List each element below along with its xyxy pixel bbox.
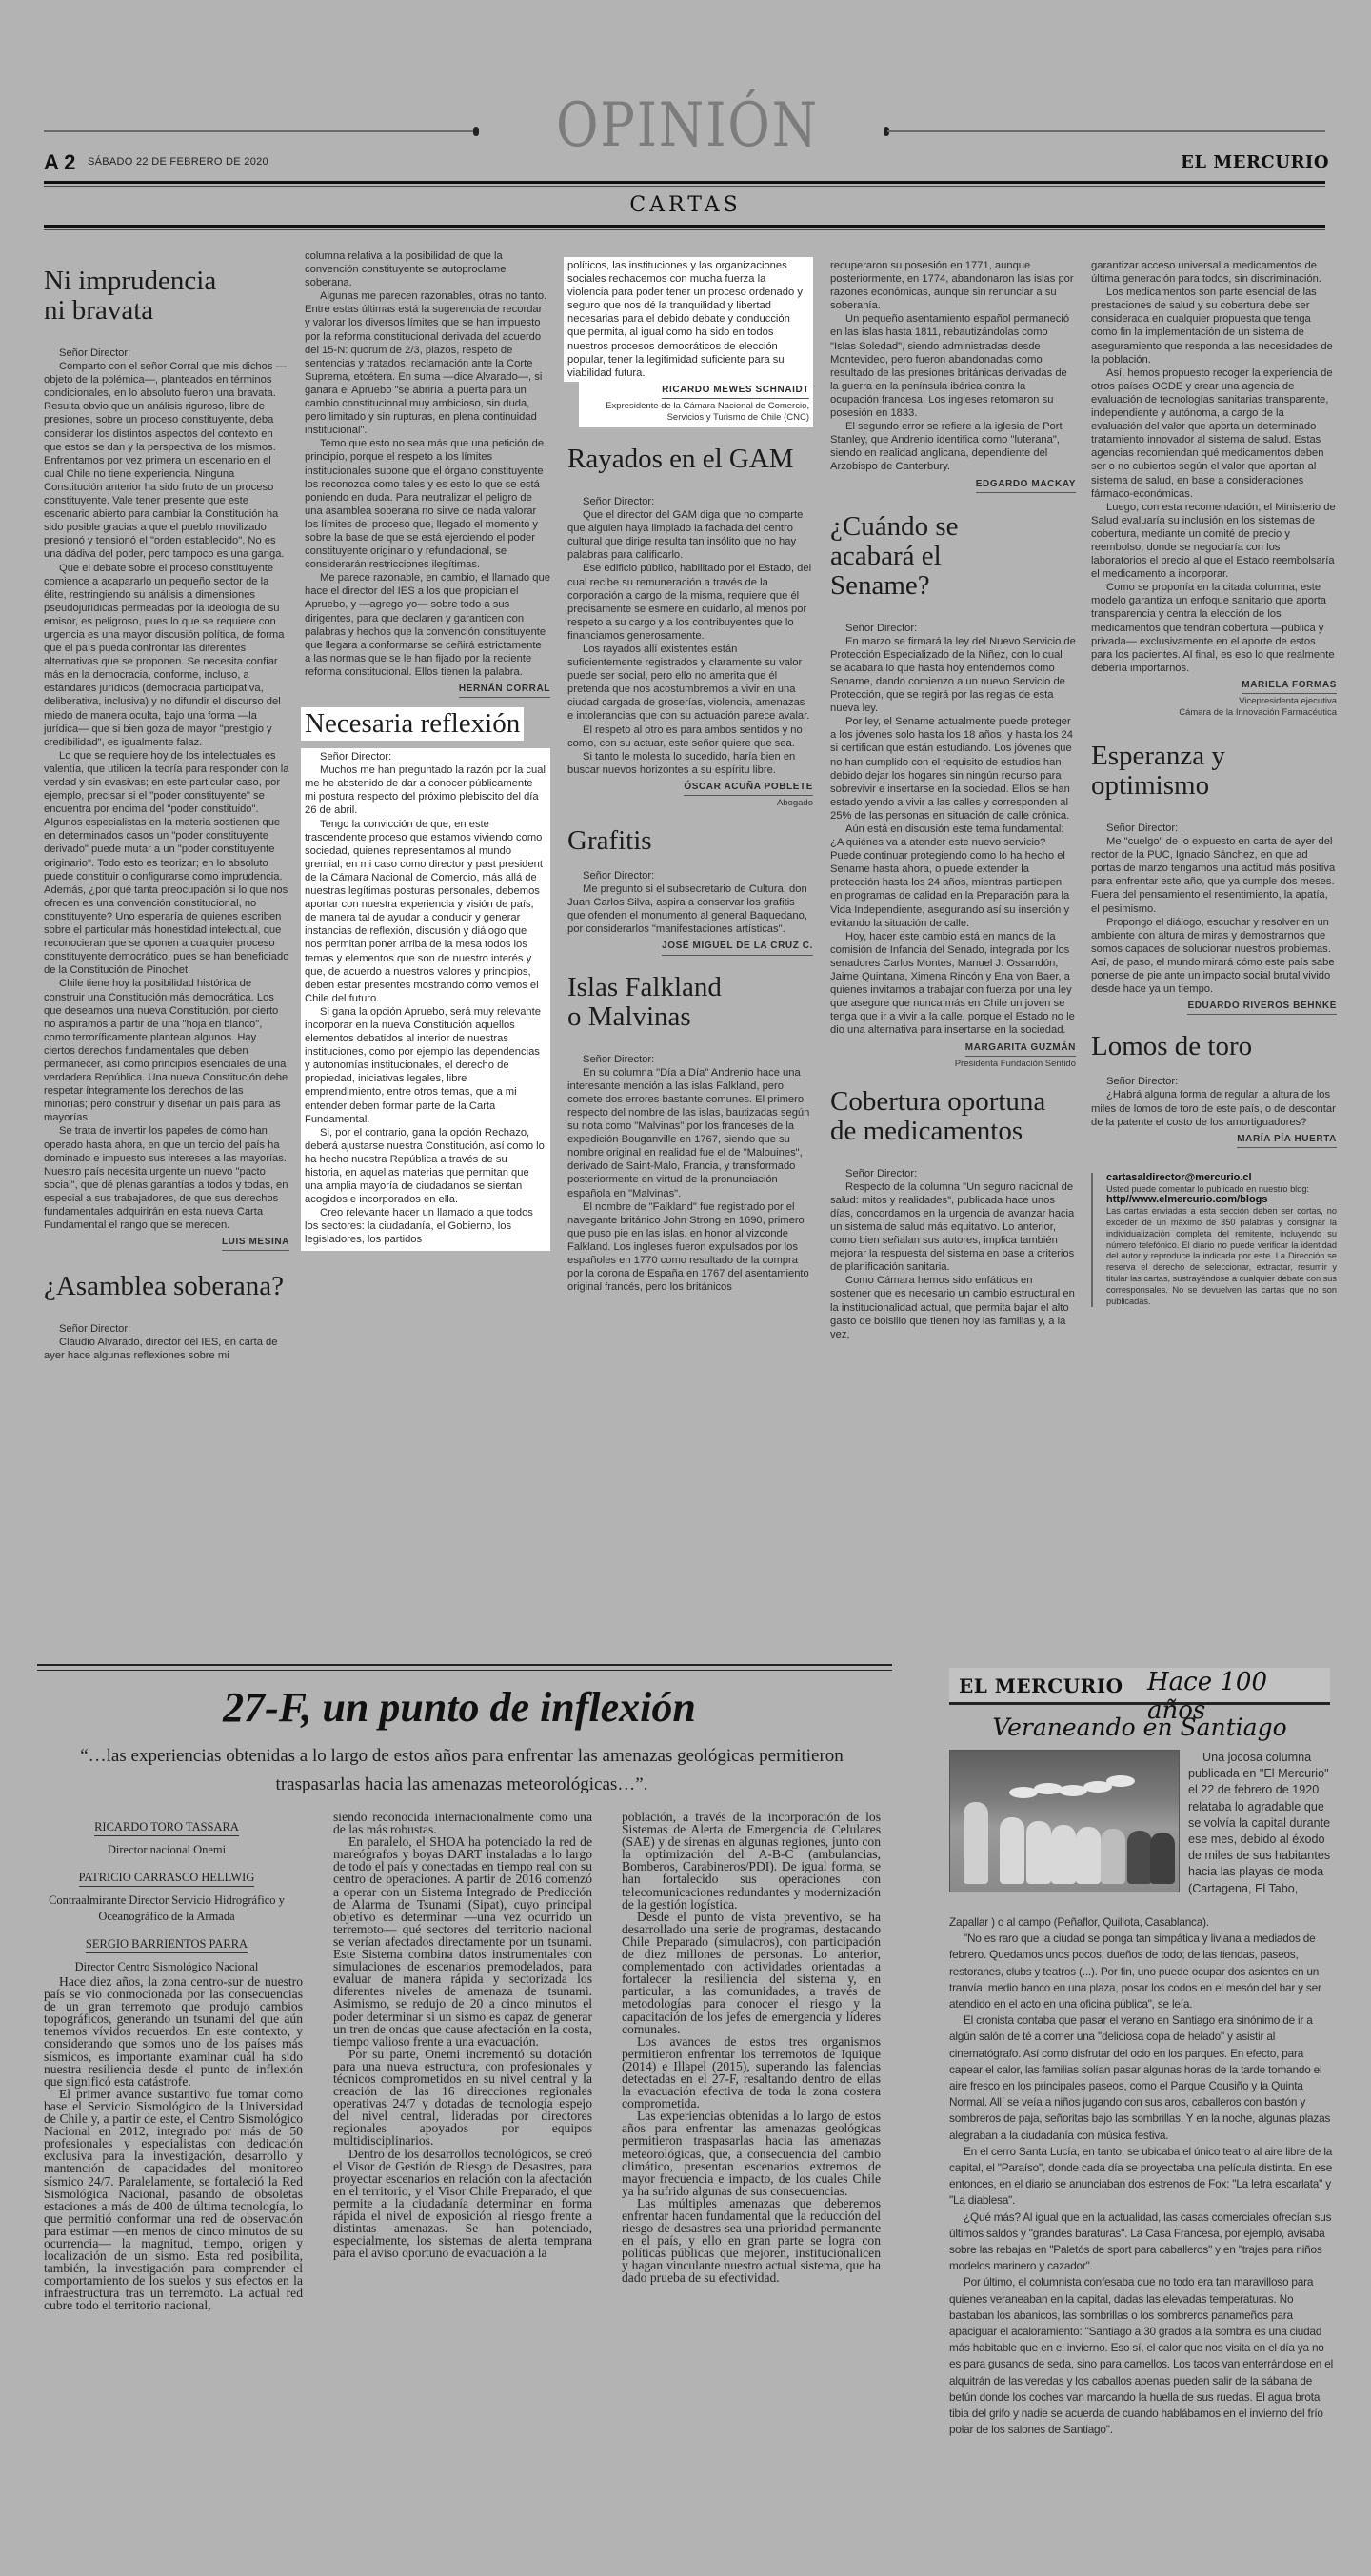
- paragraph: Temo que esto no sea más que una petició…: [305, 437, 550, 571]
- letter-title: ¿Asamblea soberana?: [44, 1272, 289, 1301]
- submission-rules: Las cartas enviadas a esta sección deben…: [1106, 1206, 1337, 1307]
- paragraph: columna relativa a la posibilidad de que…: [305, 249, 550, 289]
- paragraph: Chile tiene hoy la posibilidad histórica…: [44, 977, 289, 1124]
- cartas-divider-thin: [44, 229, 1325, 230]
- paragraph: El segundo error se refiere a la iglesia…: [830, 420, 1076, 473]
- signature: LUIS MESINA: [44, 1236, 289, 1251]
- paragraph: recuperaron su posesión en 1771, aunque …: [830, 259, 1076, 312]
- letter-asamblea-soberana: ¿Asamblea soberana? Señor Director: Clau…: [44, 1272, 289, 1362]
- blog-link[interactable]: http//www.elmercurio.com/blogs: [1106, 1195, 1337, 1206]
- cartas-divider: [44, 225, 1325, 228]
- paragraph: Claudio Alvarado, director del IES, en c…: [44, 1336, 289, 1362]
- author: SERGIO BARRIENTOS PARRA Director Centro …: [38, 1929, 295, 1975]
- paragraph: Creo relevante hacer un llamado a que to…: [305, 1206, 546, 1246]
- paragraph: Dentro de los desarrollos tecnológicos, …: [333, 2148, 592, 2260]
- signature: JOSÉ MIGUEL DE LA CRUZ C.: [567, 940, 813, 955]
- author-name: RICARDO TORO TASSARA: [94, 1819, 239, 1836]
- salutation: Señor Director:: [1091, 822, 1337, 835]
- signature-name: LUIS MESINA: [222, 1236, 289, 1251]
- signature: ÓSCAR ACUÑA POBLETE: [567, 781, 813, 796]
- paragraph: El respeto al otro es para ambos sentido…: [567, 723, 813, 750]
- opinion-section-rule-2: [37, 1670, 892, 1671]
- header-rule-right: [887, 130, 1325, 132]
- paragraph: "No es raro que la ciudad se ponga tan s…: [949, 1931, 1335, 2012]
- opinion-section-rule: [37, 1664, 892, 1666]
- signature-name: EDUARDO RIVEROS BEHNKE: [1187, 1000, 1337, 1015]
- author-name: PATRICIO CARRASCO HELLWIG: [79, 1870, 255, 1887]
- paragraph: En paralelo, el SHOA ha potenciado la re…: [333, 1835, 592, 2048]
- letter-title: Necesaria reflexión: [301, 707, 524, 741]
- author-list: RICARDO TORO TASSARA Director nacional O…: [38, 1812, 295, 1975]
- letter-lomos-toro: Lomos de toro Señor Director: ¿Habrá alg…: [1091, 1032, 1337, 1147]
- page-date: SÁBADO 22 DE FEBRERO DE 2020: [88, 156, 268, 168]
- letter-title: Grafitis: [567, 826, 813, 856]
- signature-role: Presidenta Fundación Sentido: [830, 1059, 1076, 1070]
- author: PATRICIO CARRASCO HELLWIG Contraalmirant…: [38, 1862, 295, 1925]
- paragraph: Hoy, hacer este cambio está en manos de …: [830, 930, 1076, 1038]
- paragraph: Desde el punto de vista preventivo, se h…: [622, 1911, 881, 2035]
- header-divider-thin: [44, 186, 1325, 187]
- contact-info-box: cartasaldirector@mercurio.cl Usted puede…: [1091, 1173, 1337, 1308]
- signature: EDUARDO RIVEROS BEHNKE: [1091, 1000, 1337, 1015]
- letter-cobertura-medicamentos: Cobertura oportuna de medicamentos Señor…: [830, 1087, 1076, 1341]
- paragraph: Se trata de invertir los papeles de cómo…: [44, 1124, 289, 1232]
- letters-column-4: recuperaron su posesión en 1771, aunque …: [830, 259, 1076, 1341]
- signature-name: ÓSCAR ACUÑA POBLETE: [684, 781, 813, 796]
- signature: MARIELA FORMAS: [1091, 679, 1337, 694]
- header-divider: [44, 181, 1325, 184]
- author-role: Director nacional Onemi: [38, 1842, 295, 1858]
- paragraph: Me "cuelgo" de lo expuesto en carta de a…: [1091, 835, 1337, 916]
- letter-title: Ni imprudencia ni bravata: [44, 267, 225, 326]
- letters-column-1: Ni imprudencia ni bravata Señor Director…: [44, 249, 289, 1363]
- hace-100-body: Zapallar ) o al campo (Peñaflor, Quillot…: [949, 1914, 1335, 2439]
- paragraph: Luego, con esta recomendación, el Minist…: [1091, 501, 1337, 582]
- signature: HERNÁN CORRAL: [305, 683, 550, 698]
- paragraph: Así, hemos propuesto recoger la experien…: [1091, 367, 1337, 501]
- paragraph: El primer avance sustantivo fue tomar co…: [44, 2088, 303, 2312]
- signature-name: RICARDO MEWES SCHNAIDT: [662, 384, 809, 399]
- paragraph: Los rayados allí existentes están sufici…: [567, 643, 813, 723]
- paragraph: El cronista contaba que pasar el verano …: [949, 2012, 1335, 2144]
- opinion-column-3: población, a través de la incorporación …: [622, 1811, 881, 2285]
- paragraph: Las experiencias obtenidas a lo largo de…: [622, 2110, 881, 2197]
- letter-title: Esperanza y optimismo: [1091, 742, 1253, 801]
- paragraph: Por su parte, Onemi incrementó su dotaci…: [333, 2048, 592, 2148]
- letter-title: Lomos de toro: [1091, 1032, 1337, 1061]
- masthead: EL MERCURIO: [1181, 152, 1329, 172]
- photo-figure: [1101, 1829, 1125, 1884]
- paragraph: Como se proponía en la citada columna, e…: [1091, 581, 1337, 675]
- letter-asamblea-continued: columna relativa a la posibilidad de que…: [305, 249, 550, 698]
- signature-role: Cámara de la Innovación Farmacéutica: [1091, 707, 1337, 719]
- salutation: Señor Director:: [1091, 1075, 1337, 1088]
- letters-column-2: columna relativa a la posibilidad de que…: [305, 249, 550, 1251]
- paragraph: Un pequeño asentamiento español permanec…: [830, 312, 1076, 420]
- paragraph: población, a través de la incorporación …: [622, 1811, 881, 1911]
- opinion-column-2: siendo reconocida internacionalmente com…: [333, 1811, 592, 2259]
- paragraph: Muchos me han preguntado la razón por la…: [305, 763, 546, 817]
- paragraph: ¿Habrá alguna forma de regular la altura…: [1091, 1088, 1337, 1128]
- opinion-title: 27-F, un punto de inflexión: [29, 1683, 890, 1732]
- photo-hat: [1106, 1775, 1135, 1787]
- header-ornament-left: [473, 127, 479, 136]
- paragraph: Zapallar ) o al campo (Peñaflor, Quillot…: [949, 1914, 1335, 1931]
- signature: MARGARITA GUZMÁN: [830, 1041, 1076, 1057]
- salutation: Señor Director:: [830, 1167, 1076, 1180]
- signature: RICARDO MEWES SCHNAIDT: [583, 384, 809, 399]
- salutation: Señor Director:: [305, 750, 546, 763]
- photo-figure: [1150, 1833, 1175, 1884]
- letter-title: Cobertura oportuna de medicamentos: [830, 1087, 1076, 1146]
- paragraph: ¿Qué más? Al igual que en la actualidad,…: [949, 2209, 1335, 2275]
- paragraph: Que el debate sobre el proceso constituy…: [44, 562, 289, 749]
- letter-esperanza: Esperanza y optimismo Señor Director: Me…: [1091, 742, 1337, 1015]
- paragraph: Me pregunto si el subsecretario de Cultu…: [567, 882, 813, 936]
- photo-figure: [1076, 1827, 1101, 1884]
- subsection-title: CARTAS: [0, 193, 1371, 217]
- salutation: Señor Director:: [830, 622, 1076, 635]
- header-rule-left: [44, 130, 474, 132]
- paragraph: políticos, las instituciones y las organ…: [567, 259, 809, 380]
- letter-necesaria-reflexion: Necesaria reflexión Señor Director: Much…: [305, 707, 550, 1250]
- letter-highlight-box: políticos, las instituciones y las organ…: [564, 257, 813, 382]
- letter-grafitis: Grafitis Señor Director: Me pregunto si …: [567, 826, 813, 956]
- author-role: Director Centro Sismológico Nacional: [38, 1959, 295, 1975]
- paragraph: Si, por el contrario, gana la opción Rec…: [305, 1126, 546, 1207]
- letters-column-3: políticos, las instituciones y las organ…: [567, 257, 813, 1294]
- signature-name: MARGARITA GUZMÁN: [965, 1041, 1076, 1057]
- signature-name: MARIELA FORMAS: [1242, 679, 1337, 694]
- paragraph: Comparto con el señor Corral que mis dic…: [44, 360, 289, 561]
- photo-figure: [1000, 1817, 1024, 1884]
- paragraph: En el cerro Santa Lucía, en tanto, se ub…: [949, 2144, 1335, 2209]
- paragraph: En su columna "Día a Día" Andrenio hace …: [567, 1066, 813, 1200]
- paragraph: garantizar acceso universal a medicament…: [1091, 259, 1337, 286]
- salutation: Señor Director:: [567, 1053, 813, 1066]
- letter-title: ¿Cuándo se acabará el Sename?: [830, 512, 1040, 601]
- letters-column-5: garantizar acceso universal a medicament…: [1091, 259, 1337, 1307]
- pull-quote: “…las experiencias obtenidas a lo largo …: [38, 1742, 885, 1799]
- photo-figure: [1127, 1831, 1152, 1884]
- letter-ni-imprudencia: Ni imprudencia ni bravata Señor Director…: [44, 267, 289, 1251]
- paragraph: Me parece razonable, en cambio, el llama…: [305, 571, 550, 679]
- paragraph: Las múltiples amenazas que deberemos enf…: [622, 2197, 881, 2285]
- signature-name: HERNÁN CORRAL: [459, 683, 550, 698]
- signature-role: Vicepresidenta ejecutiva: [1091, 696, 1337, 707]
- banner-masthead: EL MERCURIO: [959, 1674, 1123, 1697]
- signature: MARÍA PÍA HUERTA: [1091, 1133, 1337, 1148]
- signature-name: EDGARDO MACKAY: [976, 478, 1076, 493]
- paragraph: Que el director del GAM diga que no comp…: [567, 508, 813, 562]
- paragraph: Hace diez años, la zona centro-sur de nu…: [44, 1975, 303, 2088]
- salutation: Señor Director:: [567, 869, 813, 882]
- paragraph: Como Cámara hemos sido enfáticos en sost…: [830, 1274, 1076, 1340]
- hace-100-intro: Una jocosa columna publicada en "El Merc…: [1188, 1750, 1331, 1897]
- paragraph: Por último, el columnista confesaba que …: [949, 2274, 1335, 2438]
- letter-islas-falkland: Islas Falkland o Malvinas Señor Director…: [567, 973, 813, 1295]
- paragraph: Lo que se requiere hoy de los intelectua…: [44, 749, 289, 978]
- signature-box: RICARDO MEWES SCHNAIDT Expresidente de l…: [579, 382, 813, 427]
- hace-100-title: Veraneando en Santiago: [949, 1714, 1330, 1741]
- letter-falkland-continued: recuperaron su posesión en 1771, aunque …: [830, 259, 1076, 493]
- author-name: SERGIO BARRIENTOS PARRA: [86, 1936, 248, 1953]
- paragraph: Por ley, el Sename actualmente puede pro…: [830, 715, 1076, 822]
- paragraph: Si gana la opción Apruebo, será muy rele…: [305, 1005, 546, 1126]
- letter-rayados-gam: Rayados en el GAM Señor Director: Que el…: [567, 445, 813, 809]
- author: RICARDO TORO TASSARA Director nacional O…: [38, 1812, 295, 1858]
- opinion-column-1: Hace diez años, la zona centro-sur de nu…: [44, 1975, 303, 2312]
- section-title: OPINIÓN: [556, 90, 815, 161]
- letter-sename: ¿Cuándo se acabará el Sename? Señor Dire…: [830, 512, 1076, 1070]
- paragraph: Propongo el diálogo, escuchar y resolver…: [1091, 916, 1337, 997]
- salutation: Señor Director:: [567, 495, 813, 508]
- signature-role: Abogado: [567, 798, 813, 809]
- photo-figure: [1051, 1825, 1076, 1884]
- contact-email-link[interactable]: cartasaldirector@mercurio.cl: [1106, 1173, 1337, 1184]
- letter-cobertura-continued: garantizar acceso universal a medicament…: [1091, 259, 1337, 719]
- paragraph: Algunas me parecen razonables, otras no …: [305, 289, 550, 437]
- letter-highlight-box: Señor Director: Muchos me han preguntado…: [301, 748, 550, 1250]
- photo-figure: [964, 1802, 988, 1884]
- paragraph: Una jocosa columna publicada en "El Merc…: [1188, 1750, 1331, 1897]
- salutation: Señor Director:: [44, 347, 289, 360]
- paragraph: Los avances de estos tres organismos per…: [622, 2035, 881, 2110]
- paragraph: Tengo la convicción de que, en este tras…: [305, 818, 546, 1005]
- letter-title: Rayados en el GAM: [567, 445, 813, 474]
- author-role: Contraalmirante Director Servicio Hidrog…: [38, 1892, 295, 1925]
- paragraph: Respecto de la columna "Un seguro nacion…: [830, 1180, 1076, 1275]
- signature: EDGARDO MACKAY: [830, 478, 1076, 493]
- paragraph: Si tanto le molesta lo sucedido, haría b…: [567, 750, 813, 777]
- hace-100-banner: EL MERCURIO Hace 100 años: [949, 1668, 1330, 1705]
- salutation: Señor Director:: [44, 1322, 289, 1336]
- paragraph: siendo reconocida internacionalmente com…: [333, 1811, 592, 1835]
- paragraph: Aún está en discusión este tema fundamen…: [830, 822, 1076, 930]
- paragraph: En marzo se firmará la ley del Nuevo Ser…: [830, 635, 1076, 716]
- signature-role: Expresidente de la Cámara Nacional de Co…: [583, 401, 809, 424]
- paragraph: El nombre de "Falkland" fue registrado p…: [567, 1200, 813, 1295]
- paragraph: Los medicamentos son parte esencial de l…: [1091, 286, 1337, 367]
- historical-photo: [949, 1750, 1180, 1892]
- page-number: A 2: [44, 150, 75, 175]
- letter-title: Islas Falkland o Malvinas: [567, 973, 739, 1032]
- paragraph: Ese edificio público, habilitado por el …: [567, 562, 813, 643]
- signature-name: JOSÉ MIGUEL DE LA CRUZ C.: [662, 940, 813, 955]
- photo-figure: [1026, 1821, 1051, 1884]
- signature-name: MARÍA PÍA HUERTA: [1237, 1133, 1337, 1148]
